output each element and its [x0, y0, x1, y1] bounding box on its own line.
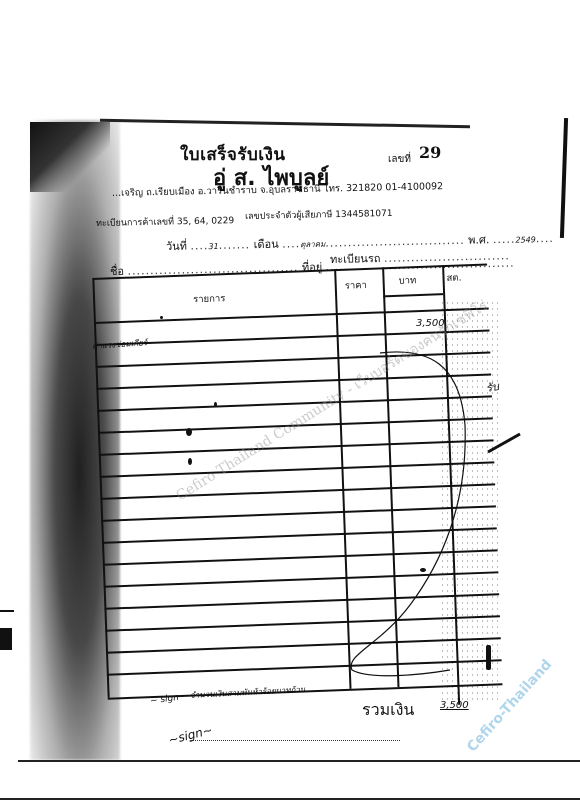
receipt-number-label: เลขที่ — [388, 152, 411, 167]
header-satang: สต. — [446, 270, 462, 286]
margin-note: รับ — [485, 377, 501, 397]
header-item: รายการ — [193, 291, 226, 307]
year-label: พ.ศ. — [468, 233, 490, 246]
tax-id-line: เลขประจำตัวผู้เสียภาษี 1344581071 — [245, 206, 393, 223]
signature-line — [190, 740, 400, 741]
day-label: วันที่ — [166, 240, 187, 253]
scan-shadow-corner — [30, 122, 110, 192]
month-label: เดือน — [253, 238, 278, 252]
signature-collector: ~sign~ — [167, 723, 214, 747]
scan-mark-block — [0, 628, 12, 650]
month-value: ตุลาคม — [300, 240, 325, 250]
total-label: รวมเงิน — [362, 698, 414, 723]
trade-registration: ทะเบียนการค้าเลขที่ 35, 64, 0229 — [96, 213, 234, 230]
page-right-edge — [560, 118, 568, 238]
page-bottom-edge — [18, 760, 580, 762]
shop-address: ...เจริญ ถ.เรียบเมือง อ.วารินชำราบ จ.อุบ… — [112, 179, 443, 201]
page-top-edge — [100, 119, 470, 128]
total-value: 3,500 — [440, 700, 469, 711]
scan-mark-line — [0, 610, 14, 612]
tax-id-value: 1344581071 — [335, 209, 392, 220]
header-price: ราคา — [344, 278, 367, 294]
year-value: 2549 — [515, 235, 536, 244]
handwritten-bracket — [340, 345, 480, 685]
day-value: 31 — [208, 242, 218, 251]
receipt-number: 29 — [419, 143, 441, 162]
tax-id-label: เลขประจำตัวผู้เสียภาษี — [245, 210, 333, 222]
header-baht: บาท — [398, 273, 416, 289]
arrow-mark-icon — [486, 430, 526, 455]
